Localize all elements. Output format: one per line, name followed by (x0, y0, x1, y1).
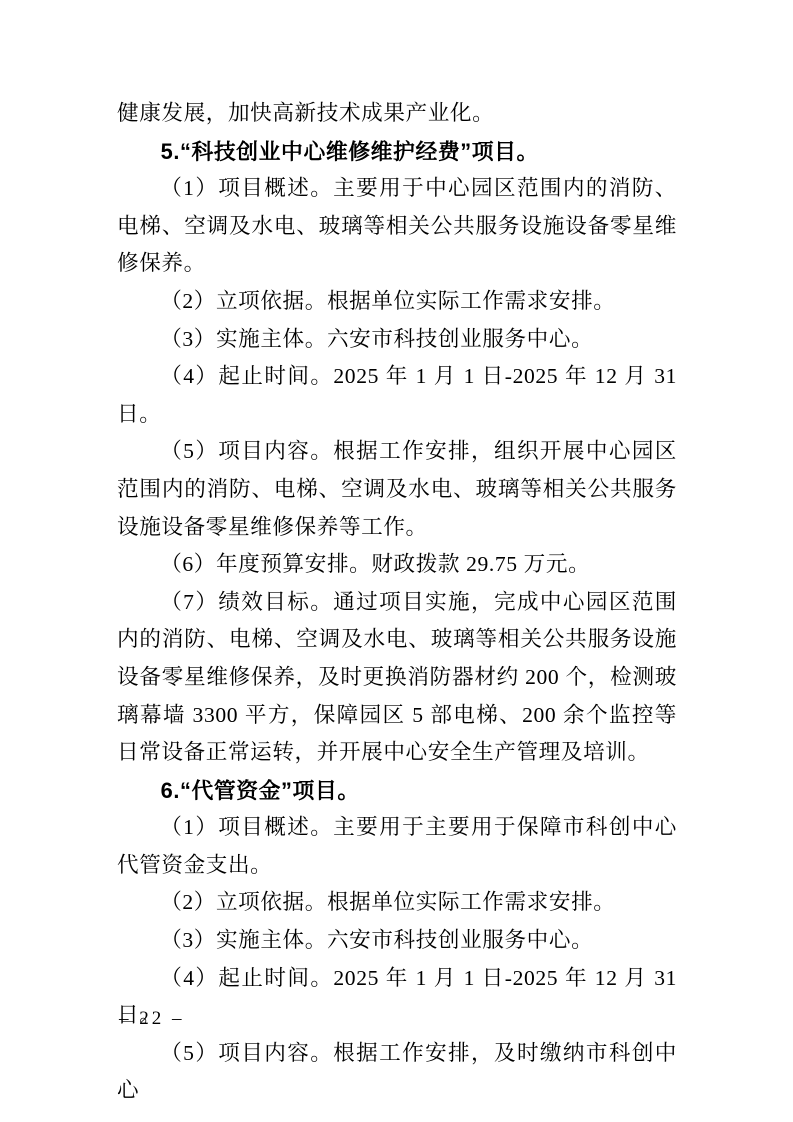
paragraph-project6-entity: （3）实施主体。六安市科技创业服务中心。 (117, 922, 677, 960)
paragraph-project5-performance: （7）绩效目标。通过项目实施，完成中心园区范围内的消防、电梯、空调及水电、玻璃等… (117, 584, 677, 772)
paragraph-project5-content: （5）项目内容。根据工作安排，组织开展中心园区范围内的消防、电梯、空调及水电、玻… (117, 433, 677, 546)
page-number: – 22 – (119, 1004, 185, 1034)
paragraph-continuation: 健康发展，加快高新技术成果产业化。 (117, 95, 677, 133)
document-page: 健康发展，加快高新技术成果产业化。 5.“科技创业中心维修维护经费”项目。 （1… (0, 0, 793, 1122)
paragraph-project5-entity: （3）实施主体。六安市科技创业服务中心。 (117, 321, 677, 359)
paragraph-project6-overview: （1）项目概述。主要用于主要用于保障市科创中心代管资金支出。 (117, 809, 677, 884)
paragraph-project6-content: （5）项目内容。根据工作安排，及时缴纳市科创中心 (117, 1035, 677, 1110)
paragraph-project5-dates: （4）起止时间。2025 年 1 月 1 日-2025 年 12 月 31 日。 (117, 358, 677, 433)
paragraph-project6-dates: （4）起止时间。2025 年 1 月 1 日-2025 年 12 月 31 日。 (117, 960, 677, 1035)
paragraph-project5-basis: （2）立项依据。根据单位实际工作需求安排。 (117, 283, 677, 321)
heading-project-6: 6.“代管资金”项目。 (117, 772, 677, 810)
paragraph-project5-overview: （1）项目概述。主要用于中心园区范围内的消防、电梯、空调及水电、玻璃等相关公共服… (117, 170, 677, 283)
paragraph-project6-basis: （2）立项依据。根据单位实际工作需求安排。 (117, 884, 677, 922)
document-body: 健康发展，加快高新技术成果产业化。 5.“科技创业中心维修维护经费”项目。 （1… (117, 95, 677, 1110)
paragraph-project5-budget: （6）年度预算安排。财政拨款 29.75 万元。 (117, 546, 677, 584)
heading-project-5: 5.“科技创业中心维修维护经费”项目。 (117, 133, 677, 171)
